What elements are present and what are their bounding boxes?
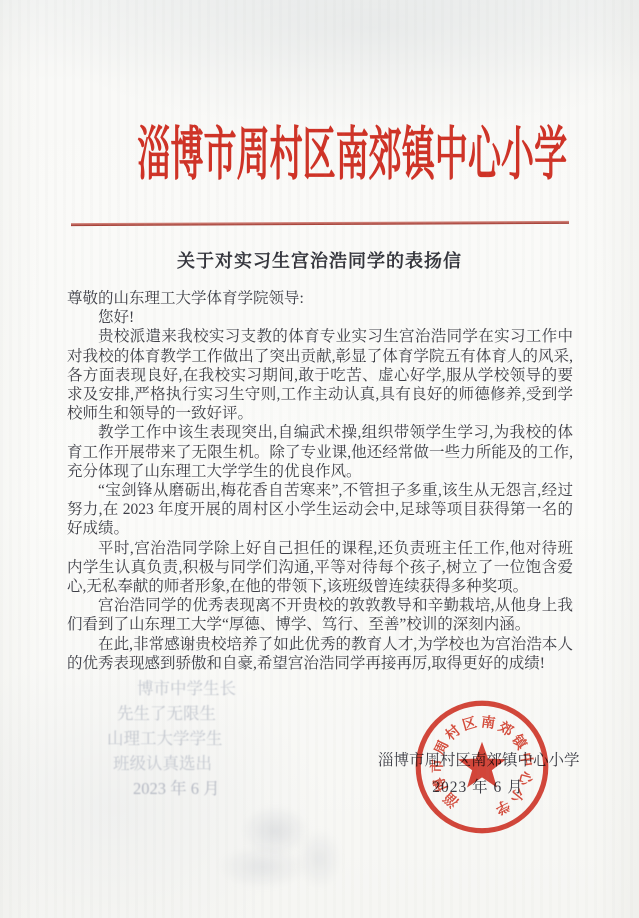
paragraph-4: 平时,宫治浩同学除上好自己担任的课程,还负责班主任工作,他对待班内学生认真负责,… — [67, 539, 573, 597]
svg-text:郊: 郊 — [495, 718, 516, 740]
paragraph-1: 贵校派遣来我校实习支教的体育专业实习生宫治浩同学在实习工作中对我校的体育教学工作… — [67, 327, 573, 423]
svg-text:南: 南 — [480, 713, 496, 732]
letter-title: 关于对实习生宫治浩同学的表扬信 — [0, 247, 639, 273]
salutation: 尊敬的山东理工大学体育学院领导: — [67, 289, 573, 308]
ghost-smudge — [218, 845, 308, 889]
greeting: 您好! — [67, 308, 573, 327]
svg-text:区: 区 — [461, 715, 479, 734]
paragraph-2: 教学工作中该生表现突出,自编武术操,组织带领学生学习,为我校的体育工作开展带来了… — [67, 423, 573, 481]
ghost-smudge — [240, 805, 310, 857]
signature-block: 淄博市周村区南郊镇中心小学 2023 年 6 月 — [378, 751, 578, 797]
ghost-smudge — [296, 828, 342, 890]
svg-text:村: 村 — [442, 722, 464, 744]
paragraph-5: 宫治浩同学的优秀表现离不开贵校的敦敦教导和辛勤栽培,从他身上我们看到了山东理工大… — [67, 596, 573, 634]
paragraph-6: 在此,非常感谢贵校培养了如此优秀的教育人才,为学校也为宫治浩本人的优秀表现感到骄… — [67, 635, 573, 673]
letterhead-divider-line — [71, 221, 569, 226]
ghost-bleedthrough-text: 博市中学生长先生了无限生山理工大学学生班级认真选出2023 年 6 月 — [105, 676, 335, 801]
letter-body: 尊敬的山东理工大学体育学院领导: 您好! 贵校派遣来我校实习支教的体育专业实习生… — [67, 289, 573, 673]
letterhead-school-name: 淄博市周村区南郊镇中心小学 — [137, 124, 501, 187]
scanned-letter-page: 淄博市周村区南郊镇中心小学 关于对实习生宫治浩同学的表扬信 尊敬的山东理工大学体… — [0, 0, 639, 918]
signature-date: 2023 年 6 月 — [378, 778, 578, 797]
svg-text:学: 学 — [492, 796, 512, 818]
signature-school-name: 淄博市周村区南郊镇中心小学 — [378, 751, 578, 770]
paragraph-3: “宝剑锋从磨砺出,梅花香自苦寒来”,不管担子多重,该生从无怨言,经过努力,在 2… — [67, 481, 573, 539]
